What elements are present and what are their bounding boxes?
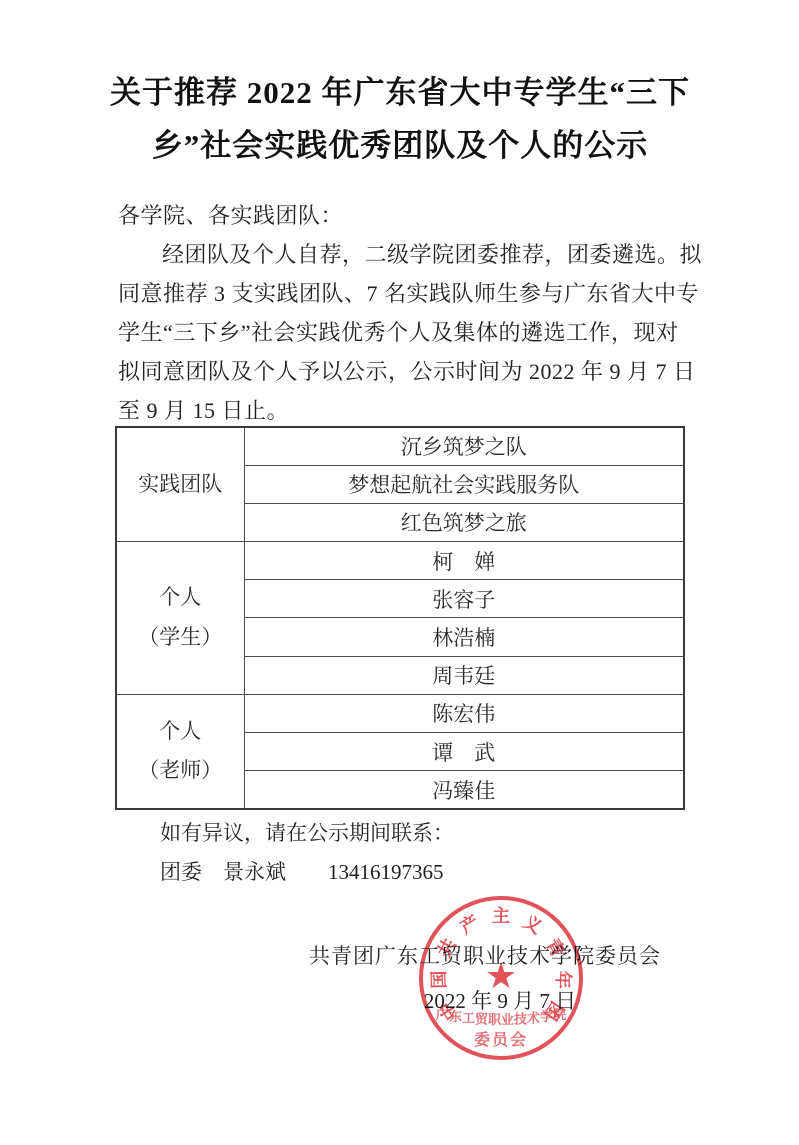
paragraph-line: 拟同意团队及个人予以公示，公示时间为 2022 年 9 月 7 日 [118,352,688,391]
title-line-1: 关于推荐 2022 年广东省大中专学生“三下 [60,66,740,119]
salutation: 各学院、各实践团队： [118,196,688,235]
issue-date: 2022 年 9 月 7 日 [400,985,600,1015]
document-title: 关于推荐 2022 年广东省大中专学生“三下 乡”社会实践优秀团队及个人的公示 [60,66,740,172]
entry-name-cell: 周韦廷 [244,656,684,694]
entry-name-cell: 谭 武 [244,733,684,771]
table-row: 个人 （学生）柯 婵 [116,542,684,580]
paragraph-line: 学生“三下乡”社会实践优秀个人及集体的遴选工作，现对 [118,313,688,352]
recommendation-table: 实践团队沉乡筑梦之队梦想起航社会实践服务队红色筑梦之旅个人 （学生）柯 婵张容子… [115,426,685,810]
title-line-2: 乡”社会实践优秀团队及个人的公示 [60,119,740,172]
table-row: 个人 （老师）陈宏伟 [116,694,684,732]
document-body: 各学院、各实践团队： 经团队及个人自荐，二级学院团委推荐，团委遴选。拟 同意推荐… [118,196,688,430]
seal-arc-char: 主 [491,906,511,926]
seal-ring-icon [419,896,583,1060]
paragraph-line: 同意推荐 3 支实践团队、7 名实践队师生参与广东省大中专 [118,274,688,313]
entry-name-cell: 沉乡筑梦之队 [244,427,684,465]
official-seal: 中国共产主义青年团 ★ 广东工贸职业技术学院 委员会 [419,896,583,1060]
seal-arc-char: 产 [456,911,483,938]
paragraph-line: 经团队及个人自荐，二级学院团委推荐，团委遴选。拟 [118,235,688,274]
contact-intro: 如有异议，请在公示期间联系： [118,814,688,853]
recommendation-table-body: 实践团队沉乡筑梦之队梦想起航社会实践服务队红色筑梦之旅个人 （学生）柯 婵张容子… [116,427,684,809]
entry-name-cell: 张容子 [244,580,684,618]
entry-name-cell: 陈宏伟 [244,694,684,732]
entry-name-cell: 柯 婵 [244,542,684,580]
entry-name-cell: 梦想起航社会实践服务队 [244,465,684,503]
issuer-signature: 共青团广东工贸职业技术学院委员会 [300,940,670,970]
seal-arc-char: 义 [519,911,546,938]
group-label-cell: 个人 （老师） [116,694,244,809]
entry-name-cell: 红色筑梦之旅 [244,503,684,541]
table-row: 实践团队沉乡筑梦之队 [116,427,684,465]
contact-detail: 团委 景永斌 13416197365 [118,853,688,892]
group-label-cell: 实践团队 [116,427,244,542]
document-page: 关于推荐 2022 年广东省大中专学生“三下 乡”社会实践优秀团队及个人的公示 … [0,0,799,1145]
entry-name-cell: 冯臻佳 [244,771,684,809]
entry-name-cell: 林浩楠 [244,618,684,656]
seal-committee-text: 委员会 [474,1027,528,1050]
group-label-cell: 个人 （学生） [116,542,244,695]
paragraph-line: 至 9 月 15 日止。 [118,391,688,430]
contact-block: 如有异议，请在公示期间联系： 团委 景永斌 13416197365 [118,814,688,892]
